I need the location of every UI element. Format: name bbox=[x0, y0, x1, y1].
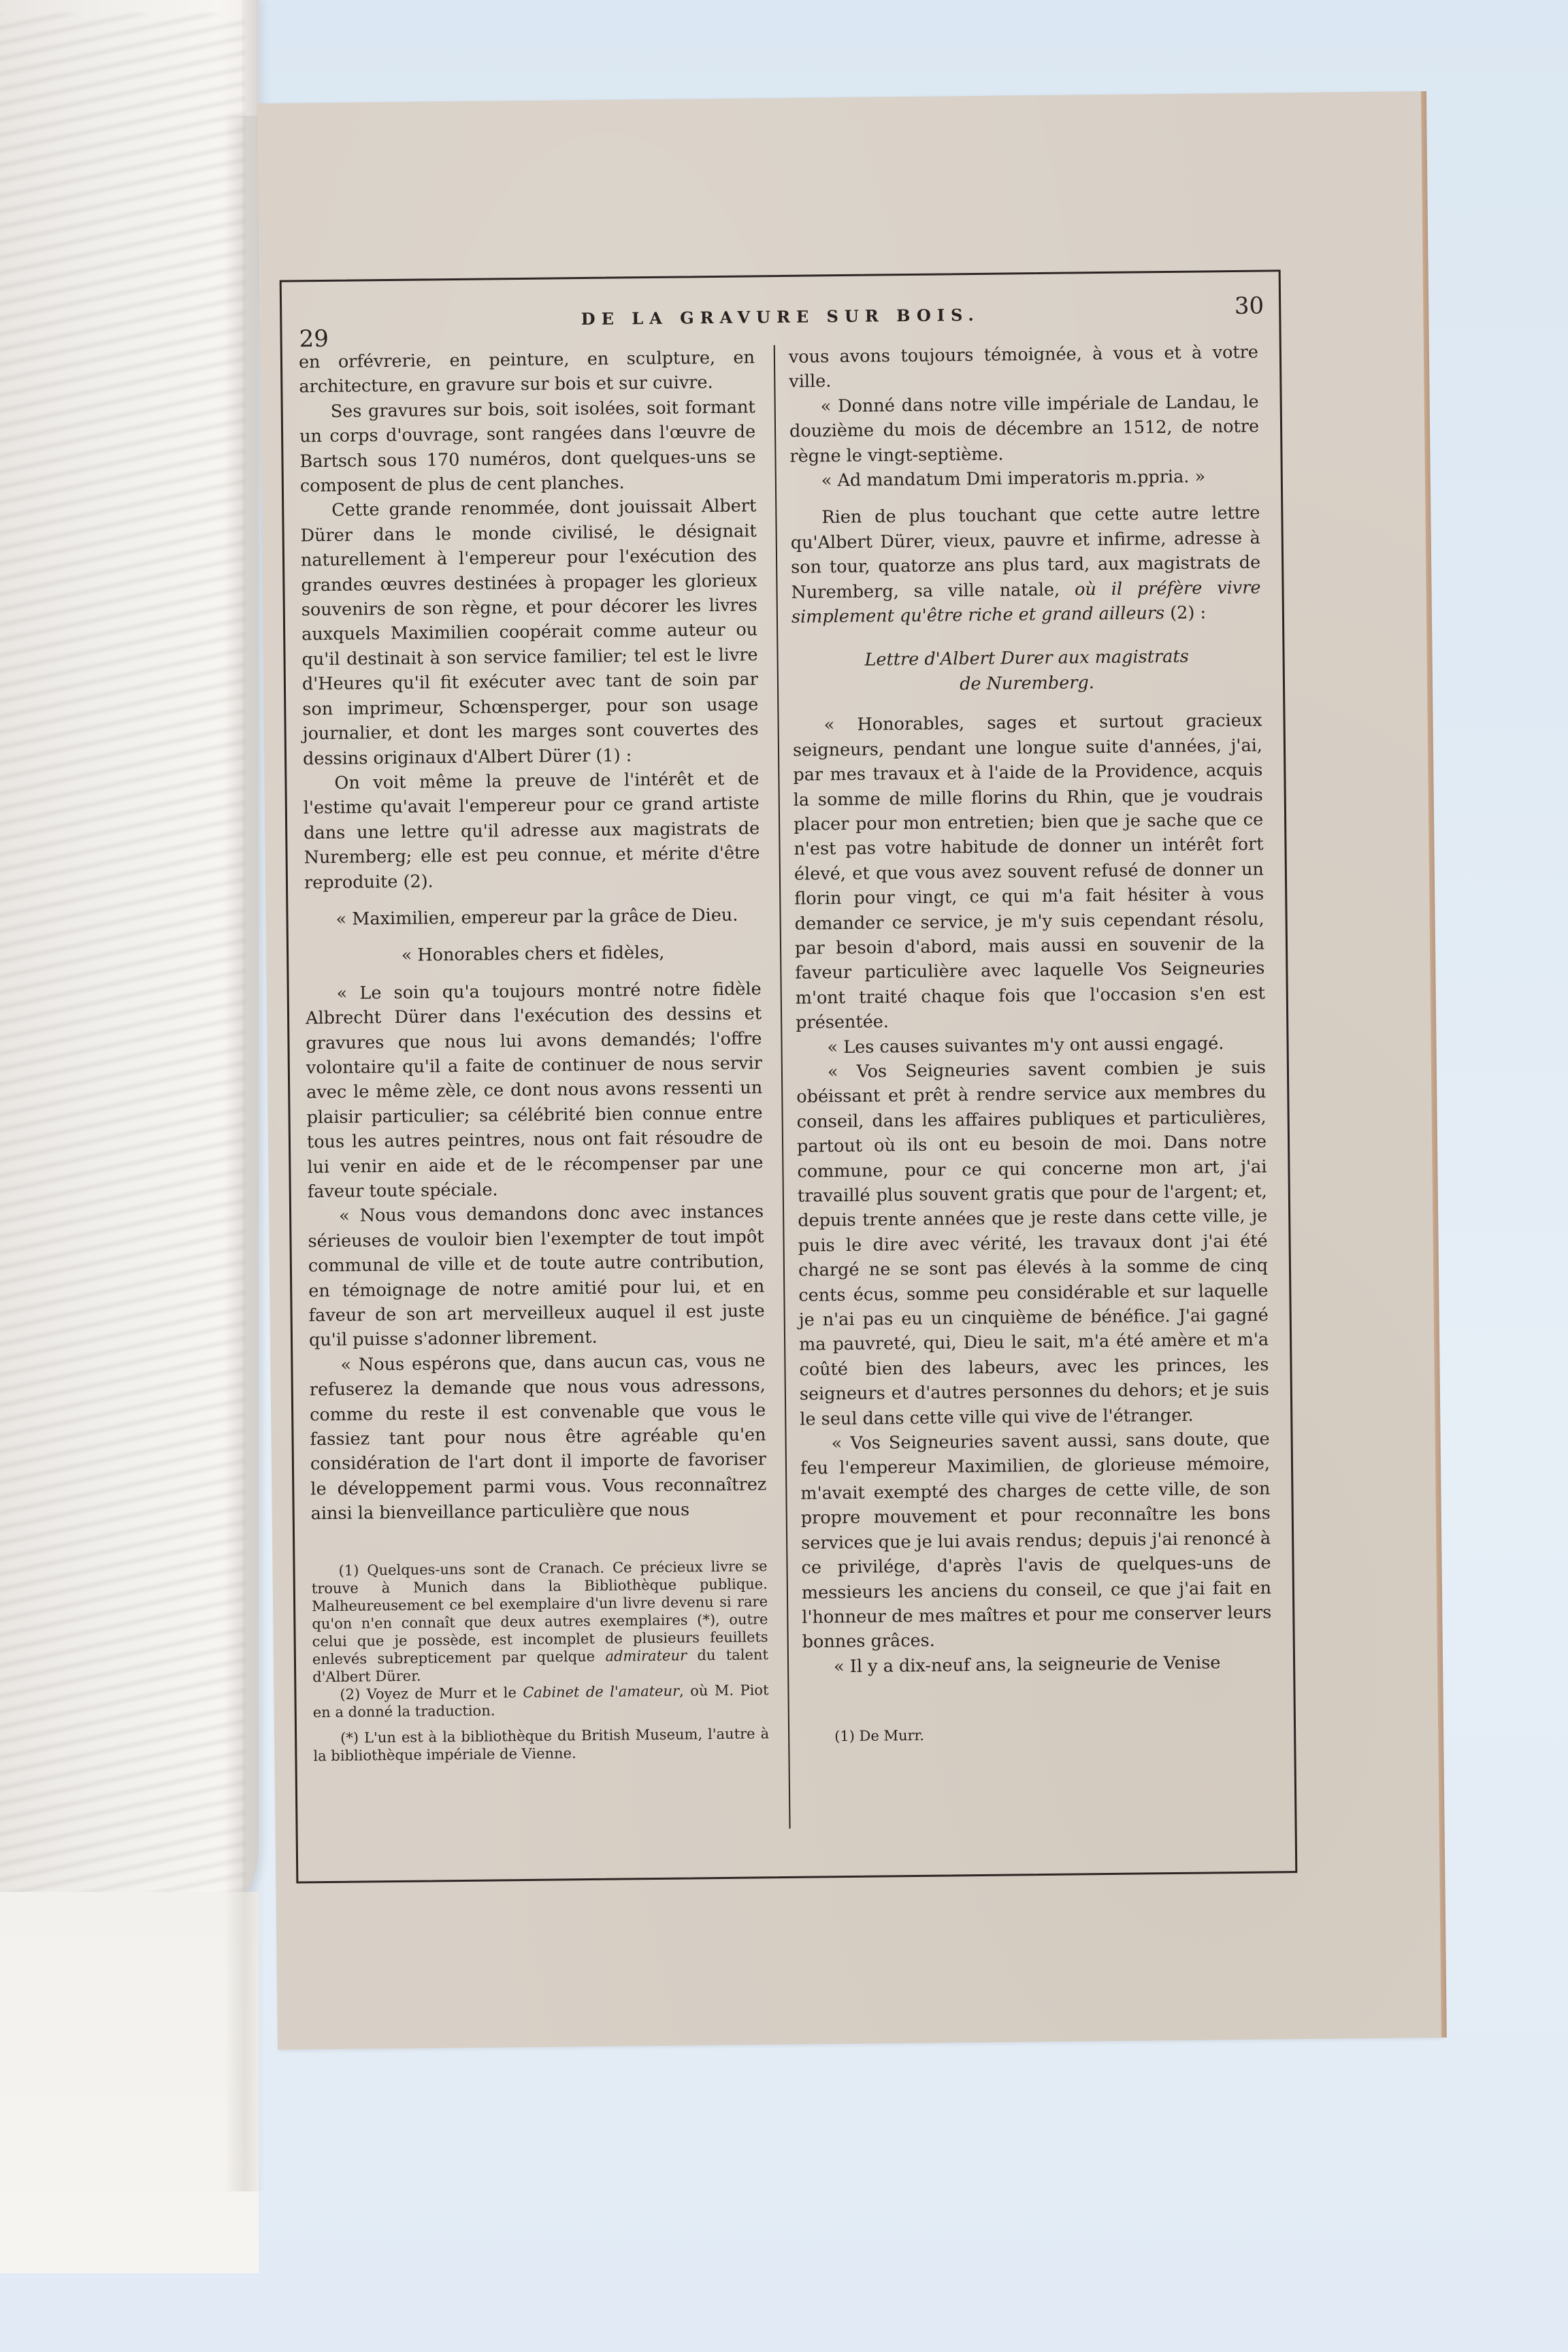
paragraph: « Nous espérons que, dans aucun cas, vou… bbox=[309, 1348, 767, 1526]
letter-salutation: « Maximilien, empereur par la grâce de D… bbox=[304, 902, 760, 932]
paragraph: « Donné dans notre ville impériale de La… bbox=[789, 389, 1260, 468]
letter-heading: Lettre d'Albert Durer aux magistrats de … bbox=[791, 644, 1262, 698]
footnotes: (1) Quelques-uns sont de Cranach. Ce pré… bbox=[311, 1557, 769, 1765]
text-frame: 29 DE LA GRAVURE SUR BOIS. 30 en orfévre… bbox=[280, 269, 1298, 1883]
paragraph: Rien de plus touchant que cette autre le… bbox=[790, 501, 1261, 630]
letter-greeting: « Honorables chers et fidèles, bbox=[305, 940, 761, 969]
paragraph: « Vos Seigneuries savent combien je suis… bbox=[796, 1056, 1270, 1432]
footnote-1: (1) Quelques-uns sont de Cranach. Ce pré… bbox=[311, 1557, 768, 1686]
book-page: 29 DE LA GRAVURE SUR BOIS. 30 en orfévre… bbox=[257, 91, 1441, 2050]
blurred-text-lines bbox=[0, 14, 245, 1919]
right-page-number: 30 bbox=[1235, 293, 1264, 320]
paragraph: On voit même la preuve de l'intérêt et d… bbox=[303, 766, 760, 895]
paragraph: « Nous vous demandons donc avec instance… bbox=[308, 1200, 765, 1353]
column-divider bbox=[774, 345, 791, 1829]
paragraph: « Il y a dix-neuf ans, la seigneurie de … bbox=[802, 1650, 1272, 1680]
paragraph: « Vos Seigneuries savent aussi, sans dou… bbox=[800, 1427, 1271, 1655]
paragraph: « Honorables, sages et surtout gracieux … bbox=[792, 708, 1265, 1035]
footnote-1-right: (1) De Murr. bbox=[803, 1720, 1273, 1750]
paragraph: « Ad mandatum Dmi imperatoris m.ppria. » bbox=[790, 464, 1260, 494]
paragraph: vous avons toujours témoignée, à vous et… bbox=[789, 340, 1259, 395]
page-stack-edge bbox=[1421, 91, 1447, 2038]
left-page-lower-area bbox=[0, 1892, 259, 2273]
left-column: en orfévrerie, en peinture, en sculpture… bbox=[299, 345, 770, 1765]
paragraph: Cette grande renommée, dont jouissait Al… bbox=[300, 494, 759, 771]
running-head: 29 DE LA GRAVURE SUR BOIS. 30 bbox=[282, 292, 1279, 343]
facing-left-page bbox=[0, 0, 259, 1974]
paragraph: Ses gravures sur bois, soit isolées, soi… bbox=[299, 395, 756, 499]
running-title: DE LA GRAVURE SUR BOIS. bbox=[282, 301, 1279, 331]
footnote-2: (2) Voyez de Murr et le Cabinet de l'ama… bbox=[312, 1681, 769, 1721]
paragraph: « Le soin qu'a toujours montré notre fid… bbox=[306, 977, 764, 1205]
book-gutter-shadow bbox=[225, 116, 265, 2191]
footnote-star: (*) L'un est à la bibliothèque du Britis… bbox=[313, 1725, 770, 1765]
right-column: vous avons toujours témoignée, à vous et… bbox=[789, 340, 1273, 1750]
paragraph: en orfévrerie, en peinture, en sculpture… bbox=[299, 345, 755, 399]
